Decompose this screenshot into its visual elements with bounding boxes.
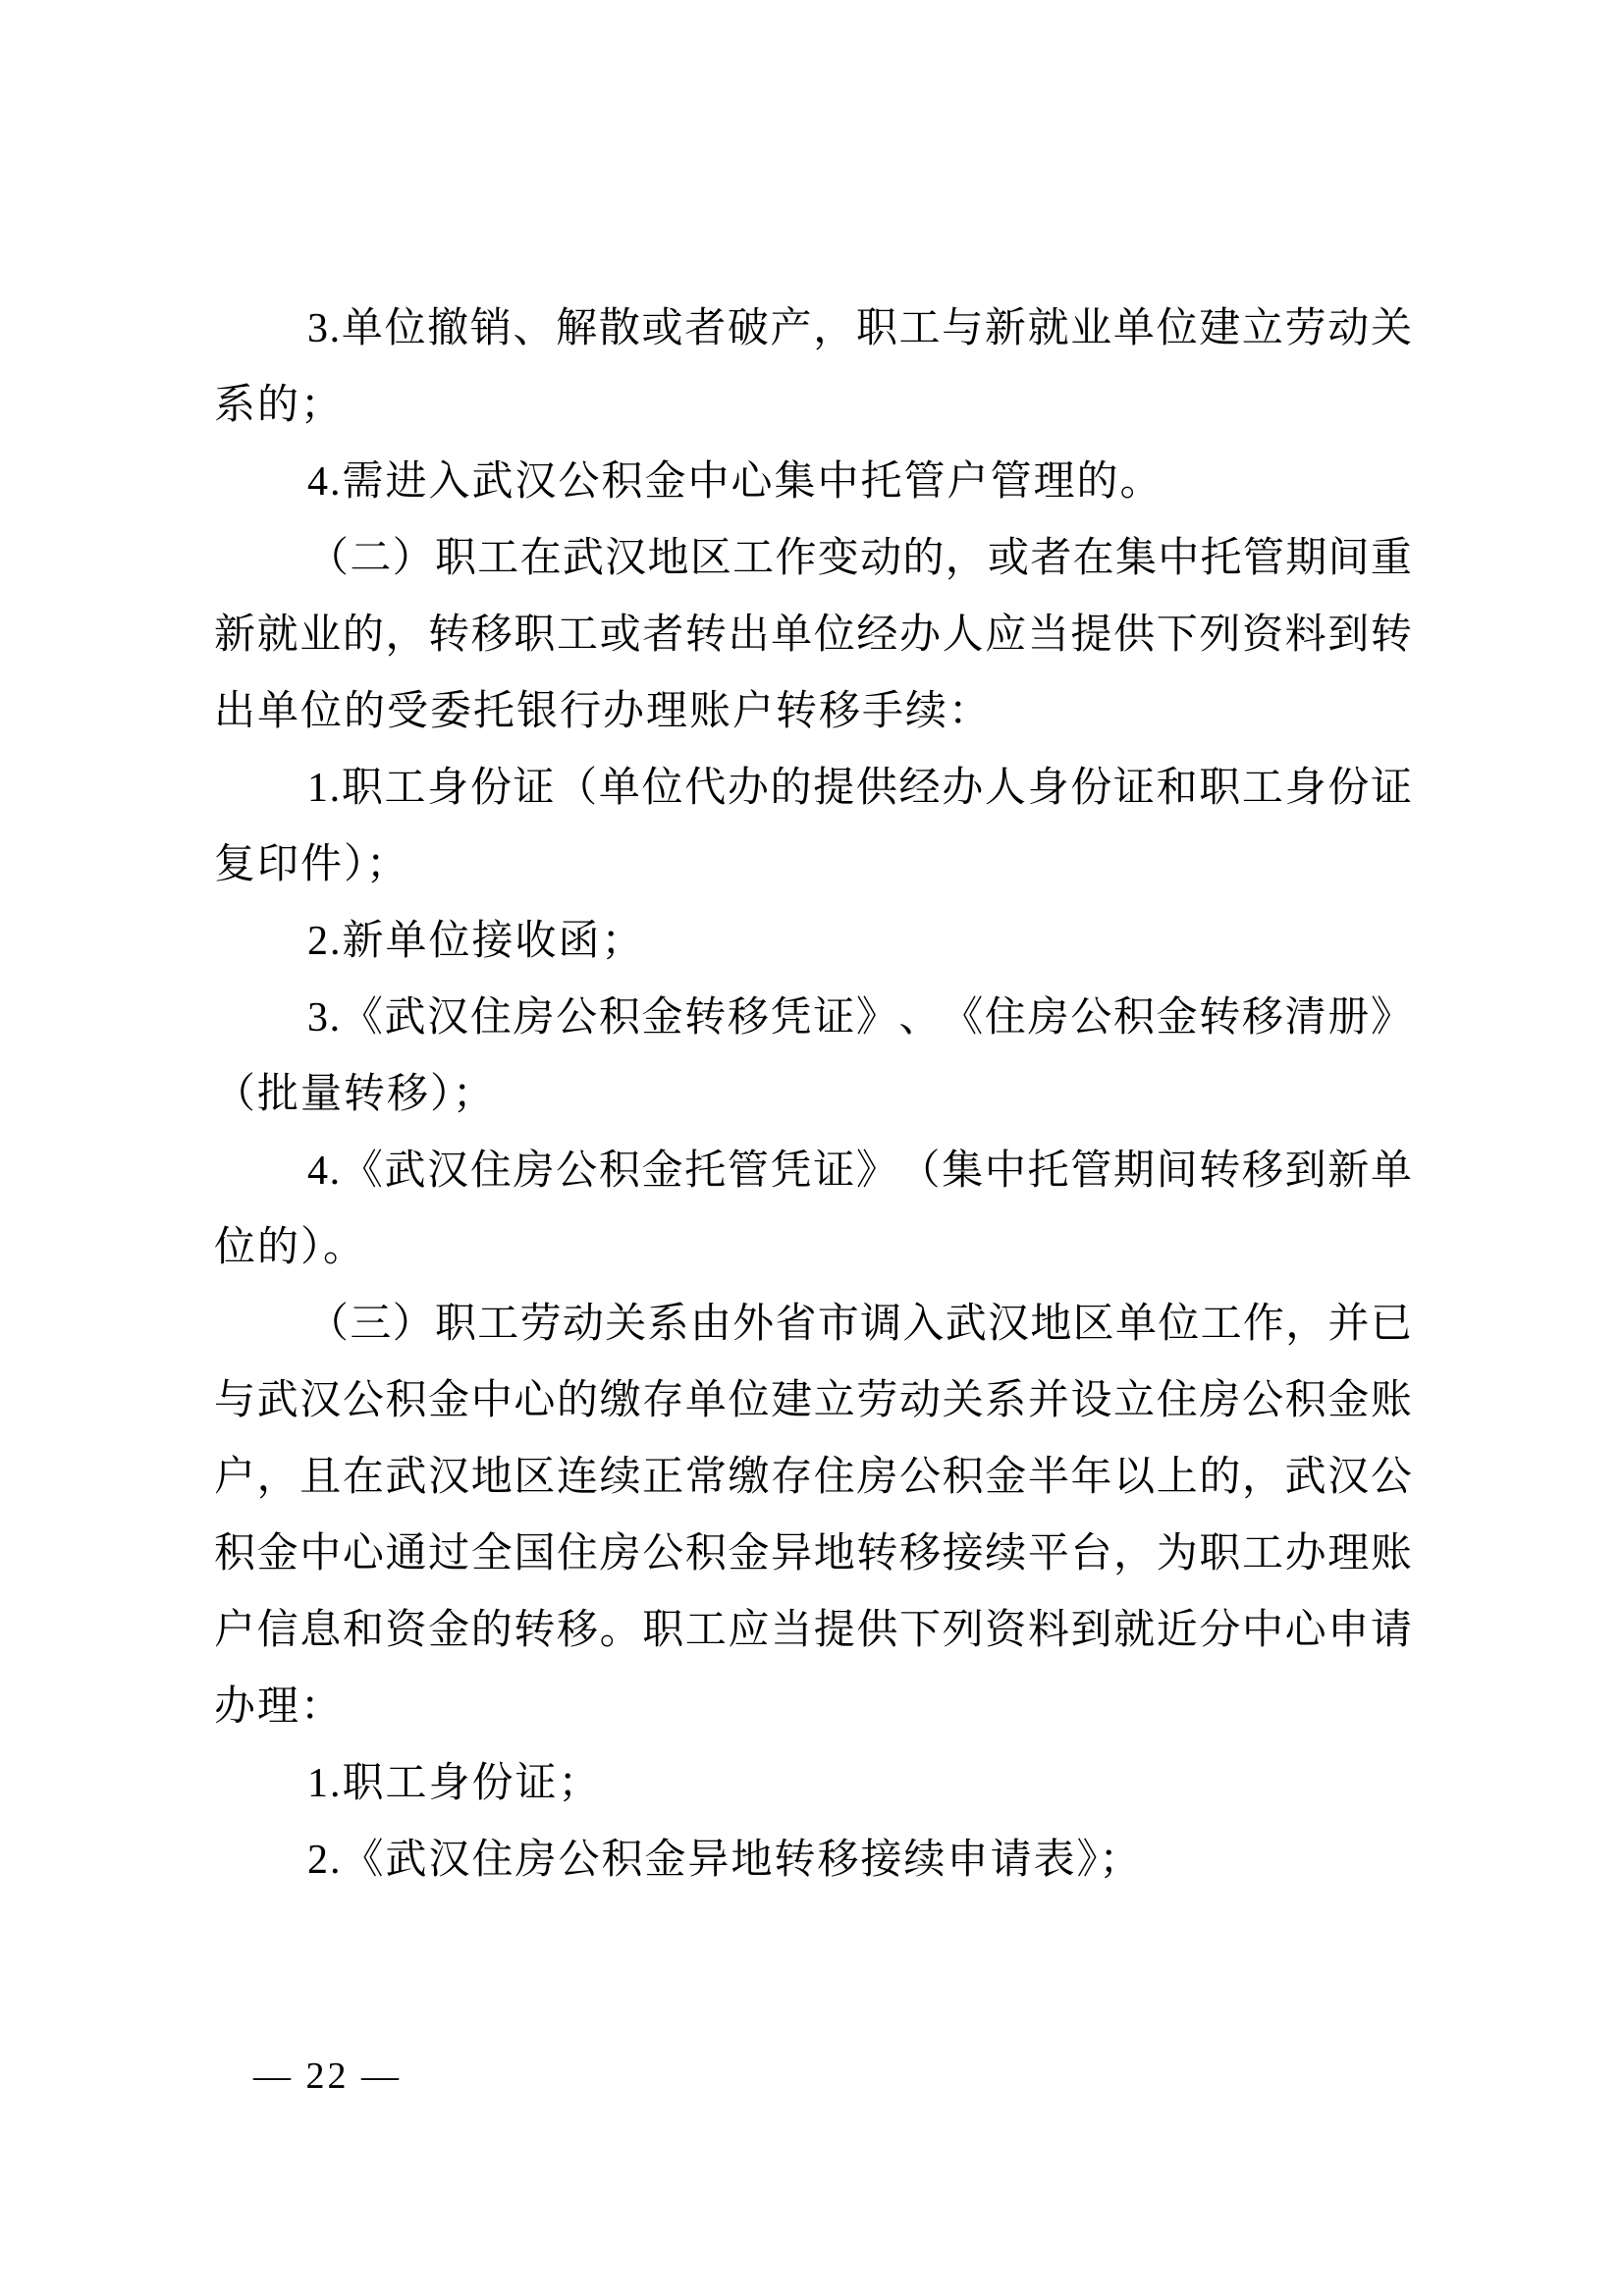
text-line: 与武汉公积金中心的缴存单位建立劳动关系并设立住房公积金账 [214, 1362, 1412, 1439]
text-line: 位的）。 [214, 1209, 1412, 1286]
text-line: 积金中心通过全国住房公积金异地转移接续平台，为职工办理账 [214, 1516, 1412, 1592]
text-line: 户，且在武汉地区连续正常缴存住房公积金半年以上的，武汉公 [214, 1439, 1412, 1516]
text-line: 1.职工身份证（单位代办的提供经办人身份证和职工身份证 [214, 750, 1412, 827]
text-line: 3.单位撤销、解散或者破产，职工与新就业单位建立劳动关 [214, 291, 1412, 367]
text-line: 系的； [214, 367, 1412, 444]
text-line: 新就业的，转移职工或者转出单位经办人应当提供下列资料到转 [214, 597, 1412, 673]
text-line: 4.需进入武汉公积金中心集中托管户管理的。 [214, 444, 1412, 520]
document-body: 3.单位撤销、解散或者破产，职工与新就业单位建立劳动关 系的； 4.需进入武汉公… [214, 291, 1412, 1898]
text-line: 出单位的受委托银行办理账户转移手续： [214, 673, 1412, 750]
text-line: 2.《武汉住房公积金异地转移接续申请表》； [214, 1822, 1412, 1898]
document-page: 3.单位撤销、解散或者破产，职工与新就业单位建立劳动关 系的； 4.需进入武汉公… [0, 0, 1623, 2296]
text-line: （二）职工在武汉地区工作变动的，或者在集中托管期间重 [214, 520, 1412, 597]
text-line: 户信息和资金的转移。职工应当提供下列资料到就近分中心申请 [214, 1592, 1412, 1669]
text-line: 办理： [214, 1669, 1412, 1745]
page-footer: — 22 — [253, 2055, 402, 2098]
page-number: — 22 — [253, 2055, 402, 2098]
text-line: 1.职工身份证； [214, 1745, 1412, 1822]
text-line: 2.新单位接收函； [214, 903, 1412, 980]
text-line: 3.《武汉住房公积金转移凭证》、《住房公积金转移清册》 [214, 980, 1412, 1056]
text-line: 复印件）； [214, 827, 1412, 903]
text-line: （三）职工劳动关系由外省市调入武汉地区单位工作，并已 [214, 1286, 1412, 1362]
text-line: （批量转移）； [214, 1056, 1412, 1133]
text-line: 4.《武汉住房公积金托管凭证》（集中托管期间转移到新单 [214, 1133, 1412, 1209]
